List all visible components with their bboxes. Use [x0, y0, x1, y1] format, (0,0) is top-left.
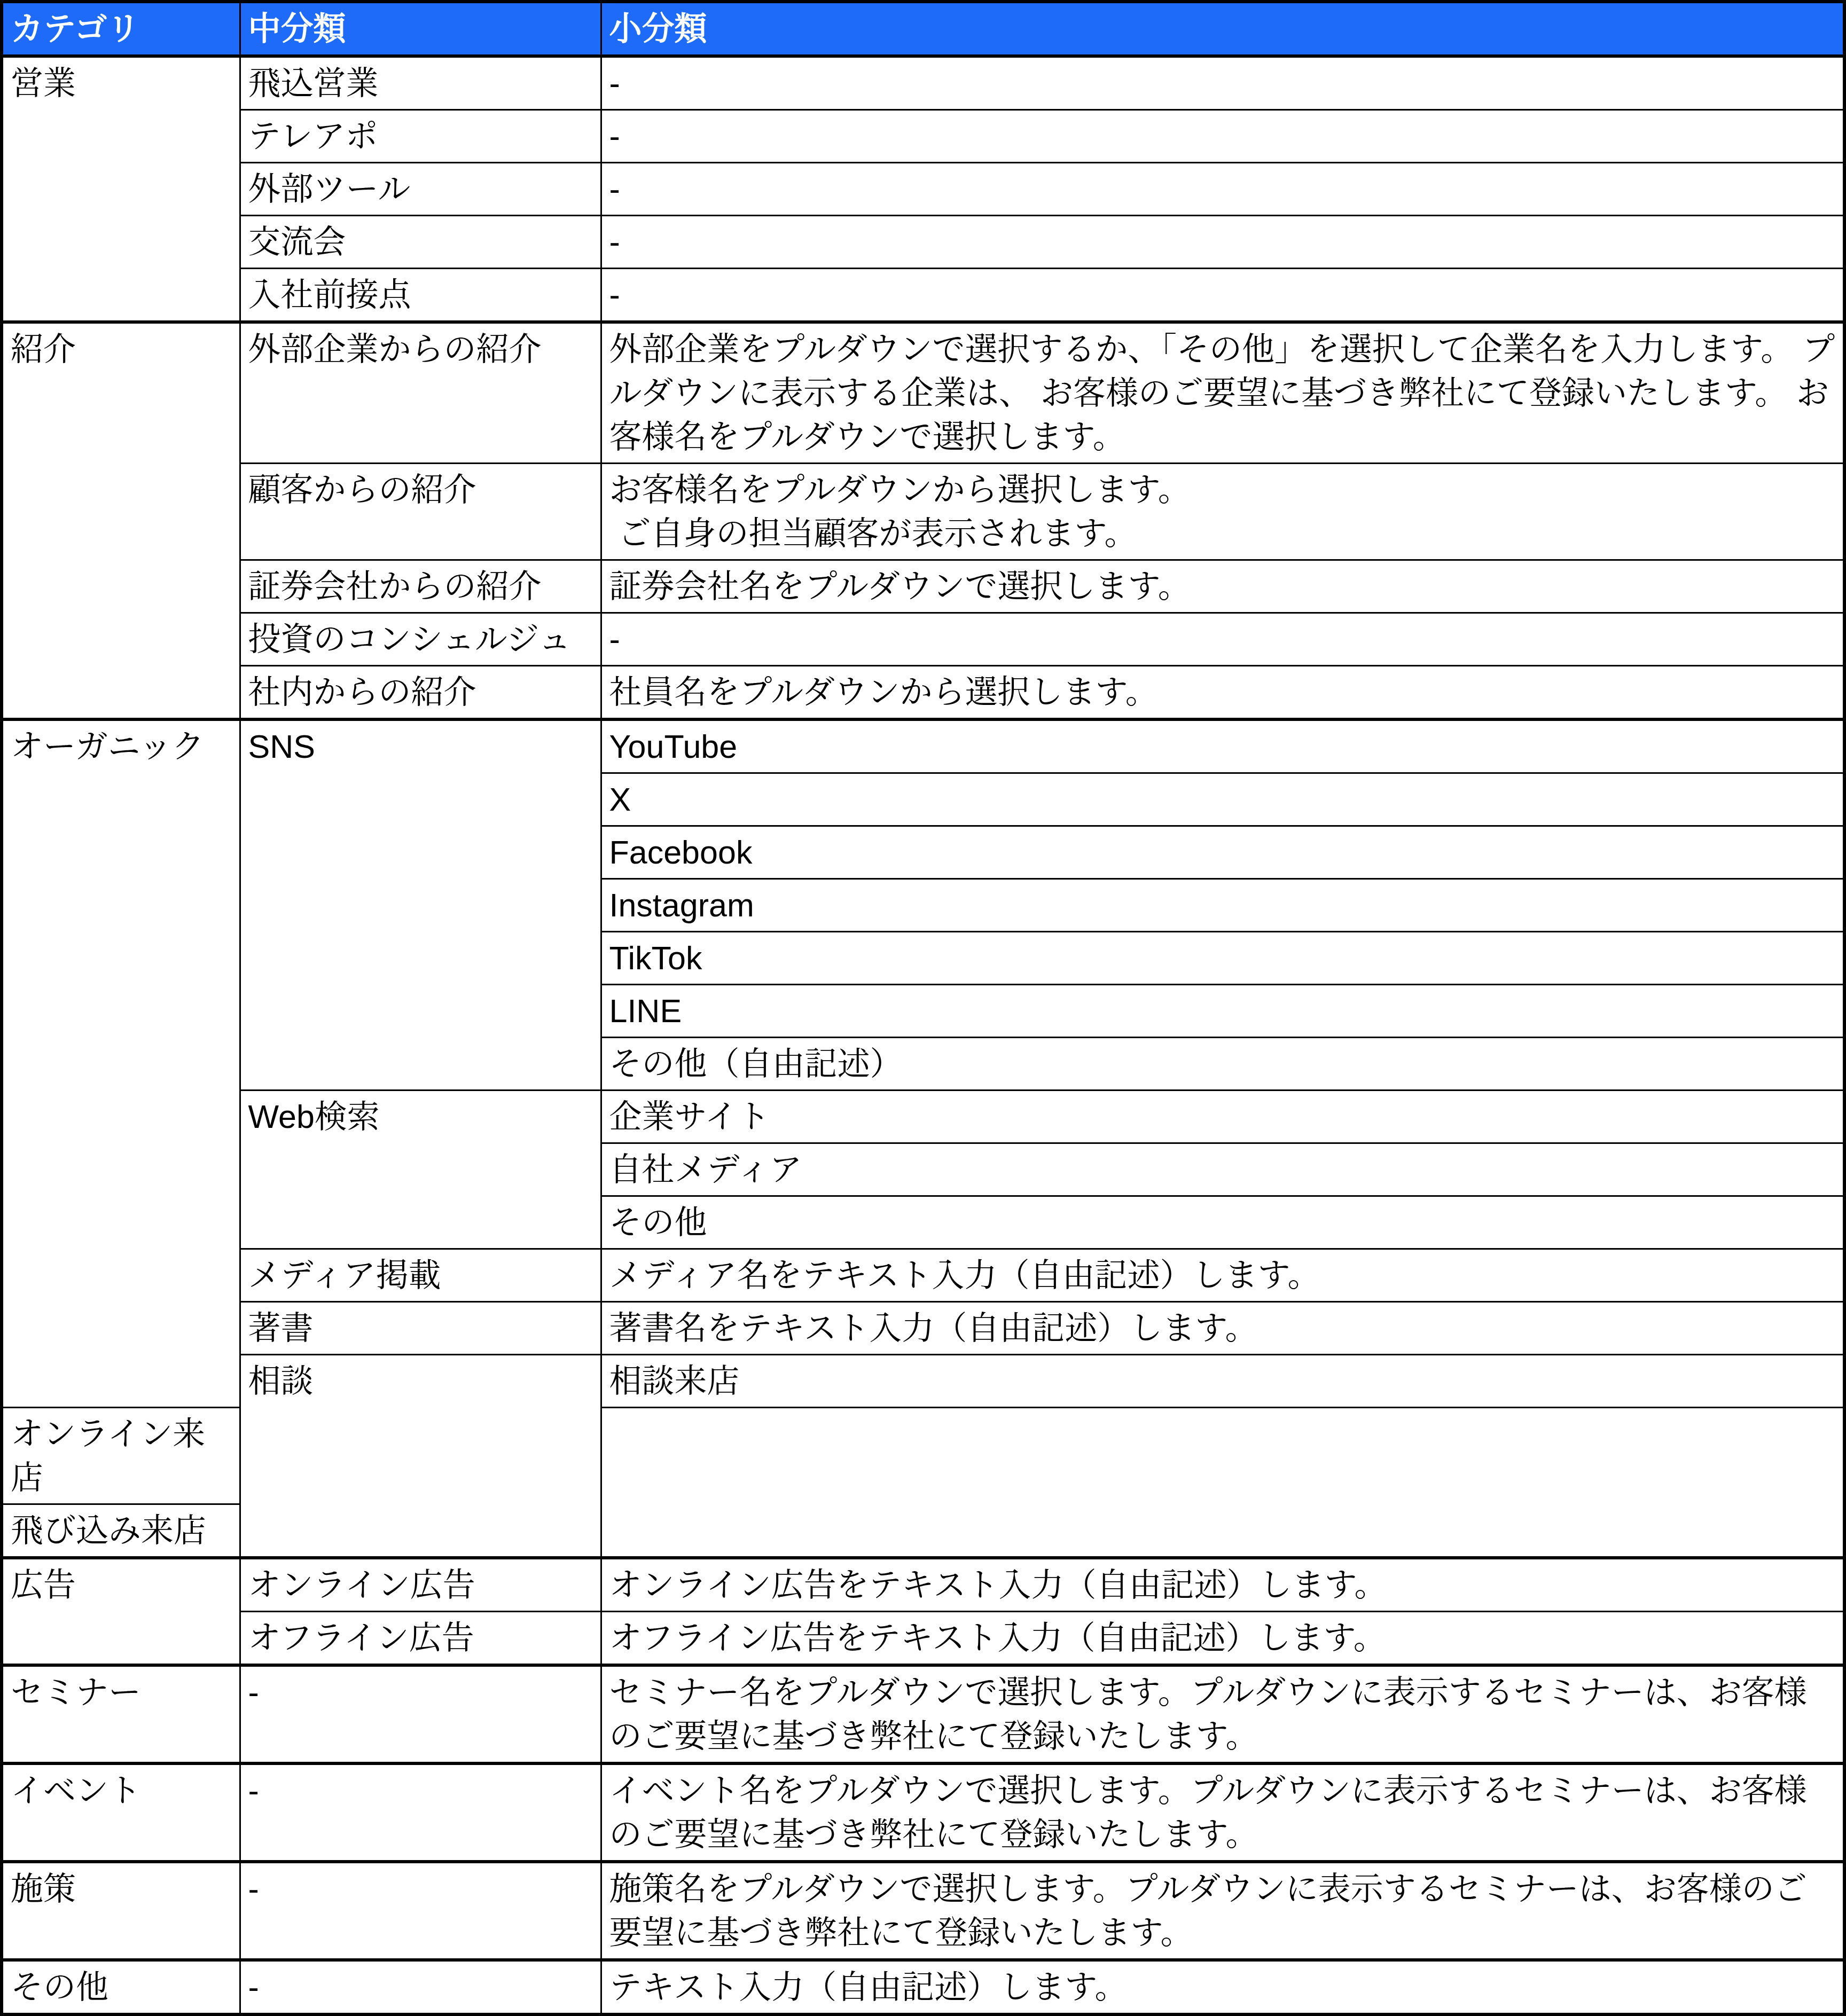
- table-row: メディア掲載メディア名をテキスト入力（自由記述）します。: [2, 1249, 1844, 1302]
- sub-cell: メディア名をテキスト入力（自由記述）します。: [601, 1249, 1844, 1302]
- sub-cell: セミナー名をプルダウンで選択します。プルダウンに表示するセミナーは、お客様のご要…: [601, 1665, 1844, 1763]
- mid-cell: 飛込営業: [240, 56, 601, 110]
- sub-cell: オンライン来店: [2, 1408, 240, 1504]
- sub-cell: -: [601, 163, 1844, 216]
- sub-cell: その他: [601, 1196, 1844, 1249]
- sub-cell: 外部企業をプルダウンで選択するか、「その他」を選択して企業名を入力します。 プル…: [601, 322, 1844, 464]
- mid-cell: SNS: [240, 719, 601, 1091]
- category-cell: その他: [2, 1960, 240, 2014]
- sub-cell: 社員名をプルダウンから選択します。: [601, 666, 1844, 720]
- table-row: セミナー-セミナー名をプルダウンで選択します。プルダウンに表示するセミナーは、お…: [2, 1665, 1844, 1763]
- table-row: 相談相談来店: [2, 1355, 1844, 1408]
- mid-cell: 相談: [240, 1355, 601, 1558]
- table-row: 紹介外部企業からの紹介外部企業をプルダウンで選択するか、「その他」を選択して企業…: [2, 322, 1844, 464]
- sub-cell: -: [601, 110, 1844, 163]
- mid-cell: -: [240, 1763, 601, 1862]
- table-row: 投資のコンシェルジュ-: [2, 613, 1844, 666]
- sub-cell: その他（自由記述）: [601, 1038, 1844, 1091]
- category-cell: 紹介: [2, 322, 240, 719]
- classification-table: カテゴリ 中分類 小分類 営業飛込営業-テレアポ-外部ツール-交流会-入社前接点…: [0, 0, 1846, 2016]
- sub-cell: 飛び込み来店: [2, 1504, 240, 1558]
- table-row: 著書著書名をテキスト入力（自由記述）します。: [2, 1302, 1844, 1355]
- header-row: カテゴリ 中分類 小分類: [2, 2, 1844, 56]
- table-row: 入社前接点-: [2, 269, 1844, 323]
- sub-cell: Instagram: [601, 879, 1844, 932]
- sub-cell: YouTube: [601, 719, 1844, 773]
- category-cell: 広告: [2, 1558, 240, 1665]
- table-body: 営業飛込営業-テレアポ-外部ツール-交流会-入社前接点-紹介外部企業からの紹介外…: [2, 56, 1844, 2014]
- table-row: テレアポ-: [2, 110, 1844, 163]
- sub-cell: オンライン広告をテキスト入力（自由記述）します。: [601, 1558, 1844, 1612]
- header-sub: 小分類: [601, 2, 1844, 56]
- table-row: 営業飛込営業-: [2, 56, 1844, 110]
- mid-cell: 社内からの紹介: [240, 666, 601, 720]
- mid-cell: -: [240, 1960, 601, 2014]
- mid-cell: Web検索: [240, 1091, 601, 1249]
- table-row: 外部ツール-: [2, 163, 1844, 216]
- sub-cell: 企業サイト: [601, 1091, 1844, 1143]
- mid-cell: 投資のコンシェルジュ: [240, 613, 601, 666]
- sub-cell: TikTok: [601, 932, 1844, 985]
- mid-cell: テレアポ: [240, 110, 601, 163]
- table-row: イベント-イベント名をプルダウンで選択します。プルダウンに表示するセミナーは、お…: [2, 1763, 1844, 1862]
- mid-cell: 外部企業からの紹介: [240, 322, 601, 464]
- sub-cell: お客様名をプルダウンから選択します。 ご自身の担当顧客が表示されます。: [601, 464, 1844, 560]
- header-mid: 中分類: [240, 2, 601, 56]
- table-row: 証券会社からの紹介証券会社名をプルダウンで選択します。: [2, 560, 1844, 613]
- mid-cell: 交流会: [240, 216, 601, 269]
- mid-cell: 外部ツール: [240, 163, 601, 216]
- table-row: 広告オンライン広告オンライン広告をテキスト入力（自由記述）します。: [2, 1558, 1844, 1612]
- table-row: オフライン広告オフライン広告をテキスト入力（自由記述）します。: [2, 1612, 1844, 1666]
- sub-cell: 証券会社名をプルダウンで選択します。: [601, 560, 1844, 613]
- mid-cell: 入社前接点: [240, 269, 601, 323]
- sub-cell: イベント名をプルダウンで選択します。プルダウンに表示するセミナーは、お客様のご要…: [601, 1763, 1844, 1862]
- sub-cell: 相談来店: [601, 1355, 1844, 1408]
- table-row: オーガニックSNSYouTube: [2, 719, 1844, 773]
- sub-cell: 施策名をプルダウンで選択します。プルダウンに表示するセミナーは、お客様のご要望に…: [601, 1862, 1844, 1960]
- mid-cell: オンライン広告: [240, 1558, 601, 1612]
- mid-cell: -: [240, 1862, 601, 1960]
- table-row: 社内からの紹介社員名をプルダウンから選択します。: [2, 666, 1844, 720]
- sub-cell: LINE: [601, 985, 1844, 1038]
- sub-cell: 自社メディア: [601, 1143, 1844, 1196]
- category-cell: セミナー: [2, 1665, 240, 1763]
- category-cell: オーガニック: [2, 719, 240, 1408]
- table-row: 施策-施策名をプルダウンで選択します。プルダウンに表示するセミナーは、お客様のご…: [2, 1862, 1844, 1960]
- table-row: 顧客からの紹介お客様名をプルダウンから選択します。 ご自身の担当顧客が表示されま…: [2, 464, 1844, 560]
- category-cell: 施策: [2, 1862, 240, 1960]
- header-category: カテゴリ: [2, 2, 240, 56]
- sub-cell: X: [601, 773, 1844, 826]
- sub-cell: -: [601, 613, 1844, 666]
- sub-cell: 著書名をテキスト入力（自由記述）します。: [601, 1302, 1844, 1355]
- mid-cell: 証券会社からの紹介: [240, 560, 601, 613]
- mid-cell: -: [240, 1665, 601, 1763]
- table-row: Web検索企業サイト: [2, 1091, 1844, 1143]
- sub-cell: -: [601, 216, 1844, 269]
- category-cell: イベント: [2, 1763, 240, 1862]
- category-cell: 営業: [2, 56, 240, 322]
- mid-cell: 顧客からの紹介: [240, 464, 601, 560]
- mid-cell: オフライン広告: [240, 1612, 601, 1666]
- table-row: その他-テキスト入力（自由記述）します。: [2, 1960, 1844, 2014]
- sub-cell: Facebook: [601, 826, 1844, 879]
- sub-cell: オフライン広告をテキスト入力（自由記述）します。: [601, 1612, 1844, 1666]
- mid-cell: メディア掲載: [240, 1249, 601, 1302]
- sub-cell: -: [601, 269, 1844, 323]
- sub-cell: -: [601, 56, 1844, 110]
- table-row: 交流会-: [2, 216, 1844, 269]
- sub-cell: テキスト入力（自由記述）します。: [601, 1960, 1844, 2014]
- mid-cell: 著書: [240, 1302, 601, 1355]
